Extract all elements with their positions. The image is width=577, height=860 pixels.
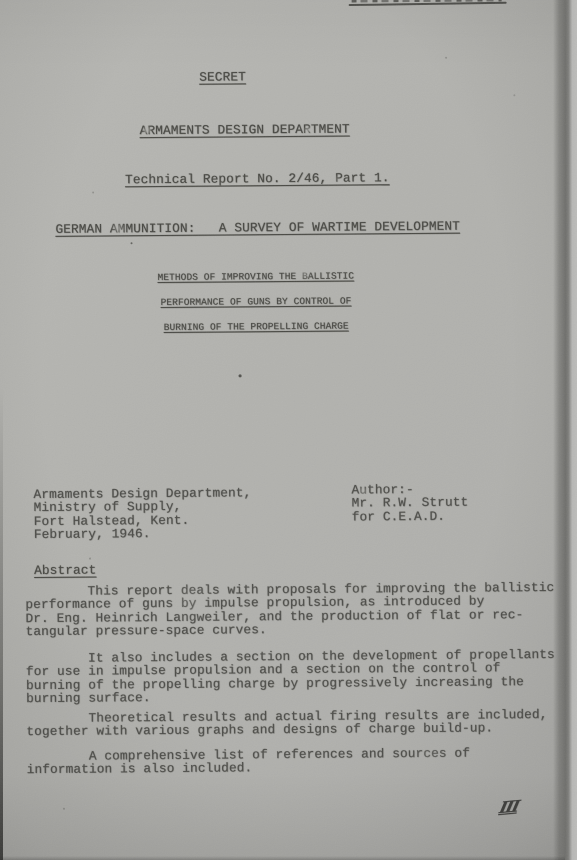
abstract-paragraph-2: It also includes a section on the develo… [26, 648, 555, 705]
series-title: GERMAN AMMUNITION: A SURVEY OF WARTIME D… [55, 220, 460, 236]
report-number: Technical Report No. 2/46, Part 1. [125, 171, 390, 186]
abstract-heading: Abstract [34, 564, 96, 578]
scanned-report-cover: { "doc": { "classification": "SECRET", "… [0, 0, 577, 860]
ink-speck [445, 57, 447, 59]
top-edge-cutoff-annotation [349, 0, 509, 5]
ink-speck [63, 808, 65, 810]
department-title: ARMAMENTS DESIGN DEPARTMENT [140, 123, 350, 138]
abstract-paragraph-3: Theoretical results and actual firing re… [26, 708, 547, 739]
classification-stamp: SECRET [199, 70, 246, 84]
ink-speck [513, 94, 515, 96]
ink-speck [239, 374, 242, 377]
abstract-paragraph-4: A comprehensive list of references and s… [27, 747, 471, 777]
ink-speck [305, 656, 307, 658]
page-bottom-edge-shadow [0, 856, 565, 860]
page-right-edge-shadow [553, 0, 577, 860]
ink-speck [92, 192, 94, 194]
abstract-paragraph-1: This report deals with proposals for imp… [25, 581, 554, 638]
author-block: Author:- Mr. R.W. Strutt for C.E.A.D. [351, 483, 468, 524]
typed-page-content: SECRET ARMAMENTS DESIGN DEPARTMENT Techn… [0, 0, 577, 860]
ink-speck [131, 242, 133, 244]
subject-title: METHODS OF IMPROVING THE BALLISTIC PERFO… [106, 264, 407, 341]
issuer-address-block: Armaments Design Department, Ministry of… [33, 486, 251, 541]
cutoff-underline [349, 2, 507, 6]
page-left-edge-shadow [0, 0, 3, 860]
handwritten-page-number: III [498, 796, 521, 817]
ink-speck [89, 558, 91, 560]
